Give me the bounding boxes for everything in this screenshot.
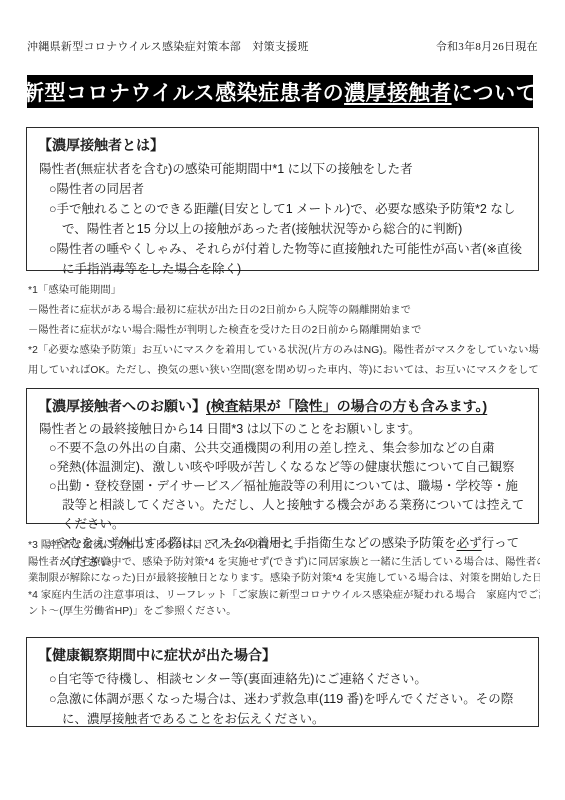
footnote-line: *1「感染可能期間」 — [28, 281, 540, 301]
list-item: ○自宅等で待機し、相談センター等(裏面連絡先)にご連絡ください。 — [49, 669, 527, 689]
footnotes-infectious-period: *1「感染可能期間」 －陽性者に症状がある場合:最初に症状が出た日の2日前から入… — [28, 281, 540, 381]
list-item: ○不要不急の外出の自粛、公共交通機関の利用の差し控え、集会参加などの自粛 — [49, 439, 527, 458]
footnote-line: *2「必要な感染予防策」お互いにマスクを着用している状況(片方のみはNG)。陽性… — [28, 341, 540, 361]
section-heading-note: (検査結果が「陰性」の場合の方も含みます。) — [206, 398, 487, 414]
document-header: 沖縄県新型コロナウイルス感染症対策本部 対策支援班 令和3年8月26日現在 — [27, 38, 538, 54]
title-post: について — [452, 82, 538, 105]
section-intro: 陽性者(無症状者を含む)の感染可能期間中*1 に以下の接触をした者 — [39, 159, 527, 179]
section-heading: 【濃厚接触者とは】 — [38, 136, 527, 154]
title-pre: 新型コロナウイルス感染症患者の — [23, 82, 344, 105]
footnote-line: *4 家庭内生活の注意事項は、リーフレット「ご家族に新型コロナウイルス感染症が疑… — [28, 588, 540, 605]
footnote-line: 業制限が解除になった)日が最終接触日となります。感染予防対策*4 を実施している… — [28, 571, 540, 588]
section-heading: 【健康観察期間中に症状が出た場合】 — [38, 646, 527, 664]
list-item: ○手で触れることのできる距離(目安として1 メートル)で、必要な感染予防策*2 … — [49, 199, 527, 239]
footnote-line: －陽性者に症状がない場合:陽性が判明した検査を受けた日の2日前から隔離開始まで — [28, 321, 540, 341]
list-item: ○発熱(体温測定)、激しい咳や呼吸が苦しくなるなど等の健康状態について自己観察 — [49, 458, 527, 477]
footnote-line: －陽性者に症状がある場合:最初に症状が出た日の2日前から入院等の隔離開始まで — [28, 301, 540, 321]
footnote-line: 用していればOK。ただし、換気の悪い狭い空間(窓を閉め切った車内、等)においては… — [28, 361, 540, 381]
page-title-banner: 新型コロナウイルス感染症患者の濃厚接触者について — [27, 75, 533, 108]
footnote-line: *3 陽性者と最後に接触した日を0日目とした14 日間です。 — [28, 538, 540, 555]
list-item: ○出勤・登校登園・デイサービス／福祉施設等の利用については、職場・学校等・施設等… — [49, 477, 527, 534]
section-request-to-close-contacts: 【濃厚接触者へのお願い】(検査結果が「陰性」の場合の方も含みます。) 陽性者との… — [26, 388, 539, 524]
footnote-line: 陽性者が自宅療養中で、感染予防対策*4 を実施せず(できず)に同居家族と一緒に生… — [28, 555, 540, 572]
list-item: ○陽性者の唾やくしゃみ、それらが付着した物等に直接触れた可能性が高い者(※直後に… — [49, 239, 527, 279]
footnotes-last-contact-day: *3 陽性者と最後に接触した日を0日目とした14 日間です。 陽性者が自宅療養中… — [28, 538, 540, 621]
section-close-contact-definition: 【濃厚接触者とは】 陽性者(無症状者を含む)の感染可能期間中*1 に以下の接触を… — [26, 127, 539, 271]
title-underlined: 濃厚接触者 — [344, 82, 452, 105]
section-heading: 【濃厚接触者へのお願い】(検査結果が「陰性」の場合の方も含みます。) — [38, 397, 527, 415]
header-org-text: 沖縄県新型コロナウイルス感染症対策本部 対策支援班 — [27, 38, 309, 54]
footnote-line: ント～(厚生労働省HP)」をご参照ください。 — [28, 604, 540, 621]
page-title: 新型コロナウイルス感染症患者の濃厚接触者について — [23, 77, 537, 107]
header-date-text: 令和3年8月26日現在 — [436, 38, 538, 54]
section-symptoms-during-observation: 【健康観察期間中に症状が出た場合】 ○自宅等で待機し、相談センター等(裏面連絡先… — [26, 637, 539, 727]
section-intro: 陽性者との最終接触日から14 日間*3 は以下のことをお願いします。 — [39, 420, 527, 439]
list-item: ○急激に体調が悪くなった場合は、迷わず救急車(119 番)を呼んでください。その… — [49, 689, 527, 729]
document-page: 沖縄県新型コロナウイルス感染症対策本部 対策支援班 令和3年8月26日現在 新型… — [0, 0, 565, 800]
list-item: ○陽性者の同居者 — [49, 179, 527, 199]
section-heading-main: 【濃厚接触者へのお願い】 — [38, 398, 206, 414]
